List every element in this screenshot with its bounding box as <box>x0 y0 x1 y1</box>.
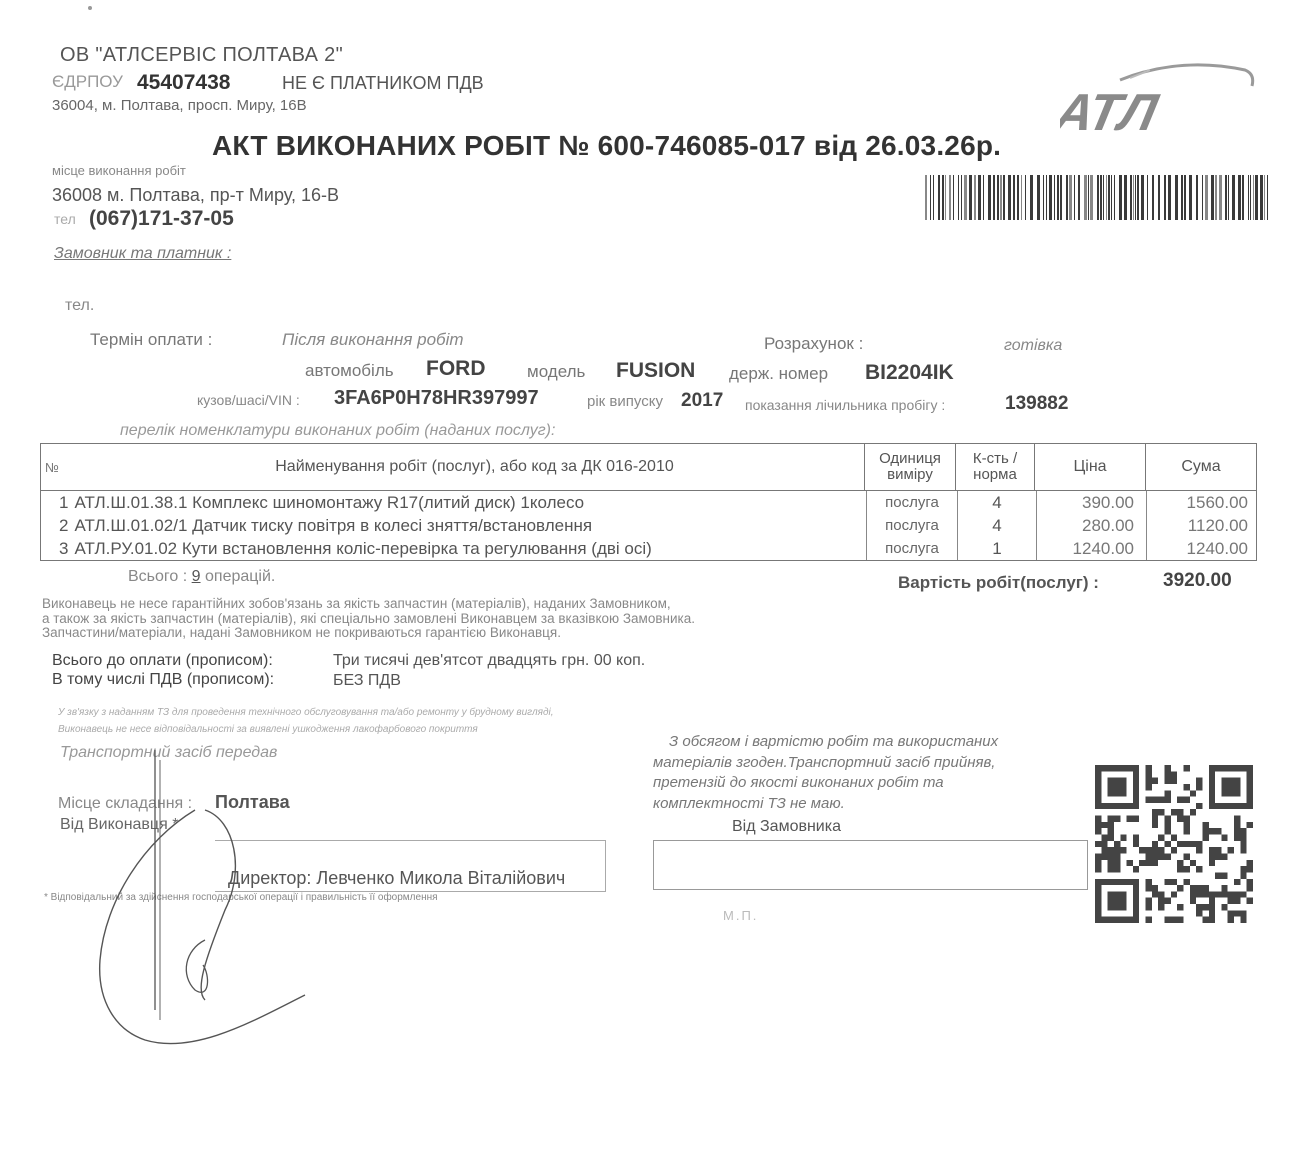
table-header: № Найменування робіт (послуг), або код з… <box>41 444 1256 491</box>
plate-value: BI2204IK <box>865 361 954 385</box>
cell-unit: послуга <box>866 537 957 560</box>
works-list-label: перелік номенклатури виконаних робіт (на… <box>120 422 555 440</box>
header-qty: К-сть /норма <box>955 444 1034 490</box>
to-pay-label: Всього до оплати (прописом): <box>52 652 273 670</box>
works-table: № Найменування робіт (послуг), або код з… <box>40 443 1257 561</box>
plate-label: держ. номер <box>729 364 828 384</box>
cell-sum: 1560.00 <box>1146 491 1256 514</box>
customer-label: Замовник та платник : <box>54 245 231 263</box>
cell-name: 1АТЛ.Ш.01.38.1 Комплекс шиномонтажу R17(… <box>41 491 866 514</box>
operations-count: Всього : 9 операцій. <box>128 568 275 586</box>
barcode-icon <box>925 175 1270 220</box>
fine-print: У зв'язку з наданням ТЗ для проведення т… <box>58 704 554 738</box>
agreement-line: комплектності ТЗ не маю. <box>653 794 1073 815</box>
qr-code-icon <box>1095 765 1253 923</box>
cell-price: 1240.00 <box>1036 537 1146 560</box>
vin-value: 3FA6P0H78HR397997 <box>334 387 539 410</box>
cell-name: 2АТЛ.Ш.01.02/1 Датчик тиску повітря в ко… <box>41 514 866 537</box>
odometer-value: 139882 <box>1005 393 1068 415</box>
scan-speck <box>88 6 92 10</box>
calculation-value: готівка <box>1004 337 1062 355</box>
year-label: рік випуску <box>587 393 663 410</box>
odometer-label: показання лічильника пробігу : <box>745 397 945 413</box>
customer-signature-box <box>653 840 1088 890</box>
year-value: 2017 <box>681 390 723 412</box>
company-name: ОВ "АТЛСЕРВІС ПОЛТАВА 2" <box>60 44 343 67</box>
edrpou-value: 45407438 <box>137 71 230 95</box>
svg-text:АТЛ: АТЛ <box>1060 84 1164 138</box>
header-no: № <box>41 444 85 490</box>
from-executor-label: Від Виконавця * <box>60 816 178 834</box>
header-unit-line2: виміру <box>887 466 933 483</box>
cell-qty: 1 <box>957 537 1036 560</box>
car-label: автомобіль <box>305 361 394 381</box>
customer-agreement: З обсягом і вартістю робіт та використан… <box>653 732 1073 814</box>
vin-label: кузов/шасі/VIN : <box>197 392 300 408</box>
director-name: Директор: Левченко Микола Віталійович <box>228 868 565 889</box>
total-label: Вартість робіт(послуг) : <box>898 573 1099 593</box>
cell-unit: послуга <box>866 514 957 537</box>
header-unit: Одиницявиміру <box>864 444 955 490</box>
header-qty-line1: К-сть / <box>973 450 1017 467</box>
cell-price: 390.00 <box>1036 491 1146 514</box>
payment-term-value: Після виконання робіт <box>282 330 464 350</box>
document-title: АКТ ВИКОНАНИХ РОБІТ № 600-746085-017 від… <box>212 130 1001 162</box>
header-unit-line1: Одиниця <box>879 450 941 467</box>
agreement-line: матеріалів згоден.Транспортний засіб при… <box>653 753 1073 774</box>
to-pay-value: Три тисячі дев'ятсот двадцять грн. 00 ко… <box>333 652 645 670</box>
compose-place-value: Полтава <box>215 792 290 813</box>
work-place-address: 36008 м. Полтава, пр-т Миру, 16-В <box>52 185 339 206</box>
header-price: Ціна <box>1034 444 1145 490</box>
from-customer-label: Від Замовника <box>732 818 841 836</box>
cell-name-text: АТЛ.Ш.01.02/1 Датчик тиску повітря в кол… <box>74 516 592 536</box>
cell-price: 280.00 <box>1036 514 1146 537</box>
vehicle-handed-over: Транспортний засіб передав <box>60 744 277 762</box>
warranty-line: а також за якість запчастин (матеріалів)… <box>42 612 695 627</box>
edrpou-label: ЄДРПОУ <box>52 72 123 92</box>
calculation-label: Розрахунок : <box>764 334 863 354</box>
tel-value: (067)171-37-05 <box>89 207 234 231</box>
warranty-notice: Виконавець не несе гарантійних зобов'яза… <box>42 597 695 641</box>
cell-name-text: АТЛ.Ш.01.38.1 Комплекс шиномонтажу R17(л… <box>74 493 584 513</box>
cell-qty: 4 <box>957 491 1036 514</box>
agreement-line: З обсягом і вартістю робіт та використан… <box>653 732 1073 753</box>
cell-no: 3 <box>59 539 68 559</box>
tel-label: тел <box>54 211 76 227</box>
company-address: 36004, м. Полтава, просп. Миру, 16В <box>52 97 307 114</box>
customer-tel-label: тел. <box>65 297 94 315</box>
cell-sum: 1120.00 <box>1146 514 1256 537</box>
atl-logo-icon: АТЛ <box>1060 58 1260 138</box>
agreement-line: претензій до якості виконаних робіт та <box>653 773 1073 794</box>
cell-name-text: АТЛ.РУ.01.02 Кути встановлення коліс-пер… <box>74 539 651 559</box>
vat-status: НЕ Є ПЛАТНИКОМ ПДВ <box>282 73 484 94</box>
fine-print-line: У зв'язку з наданням ТЗ для проведення т… <box>58 704 554 721</box>
ops-count-value: 9 <box>192 568 201 585</box>
responsible-footnote: * Відповідальний за здійснення господарс… <box>44 892 438 903</box>
header-sum: Сума <box>1145 444 1256 490</box>
ops-label: Всього : <box>128 568 187 585</box>
header-qty-line2: норма <box>973 466 1017 483</box>
payment-term-label: Термін оплати : <box>90 330 212 350</box>
vat-words-label: В тому числі ПДВ (прописом): <box>52 671 274 689</box>
table-row: 2АТЛ.Ш.01.02/1 Датчик тиску повітря в ко… <box>41 514 1256 537</box>
ops-suffix: операцій. <box>205 568 275 585</box>
stamp-place-label: М.П. <box>723 908 758 923</box>
cell-qty: 4 <box>957 514 1036 537</box>
vat-words-value: БЕЗ ПДВ <box>333 672 401 690</box>
cell-no: 2 <box>59 516 68 536</box>
model-label: модель <box>527 362 585 382</box>
header-name: Найменування робіт (послуг), або код за … <box>85 444 864 490</box>
warranty-line: Запчастини/матеріали, надані Замовником … <box>42 626 695 641</box>
table-row: 1АТЛ.Ш.01.38.1 Комплекс шиномонтажу R17(… <box>41 491 1256 514</box>
total-value: 3920.00 <box>1163 570 1232 592</box>
compose-place-label: Місце складання : <box>58 795 192 813</box>
table-row: 3АТЛ.РУ.01.02 Кути встановлення коліс-пе… <box>41 537 1256 560</box>
car-value: FORD <box>426 357 486 381</box>
table-body: 1АТЛ.Ш.01.38.1 Комплекс шиномонтажу R17(… <box>41 491 1256 560</box>
warranty-line: Виконавець не несе гарантійних зобов'яза… <box>42 597 695 612</box>
fine-print-line: Виконавець не несе відповідальності за в… <box>58 721 554 738</box>
cell-unit: послуга <box>866 491 957 514</box>
model-value: FUSION <box>616 359 695 383</box>
cell-sum: 1240.00 <box>1146 537 1256 560</box>
work-place-label: місце виконання робіт <box>52 163 186 178</box>
cell-name: 3АТЛ.РУ.01.02 Кути встановлення коліс-пе… <box>41 537 866 560</box>
cell-no: 1 <box>59 493 68 513</box>
